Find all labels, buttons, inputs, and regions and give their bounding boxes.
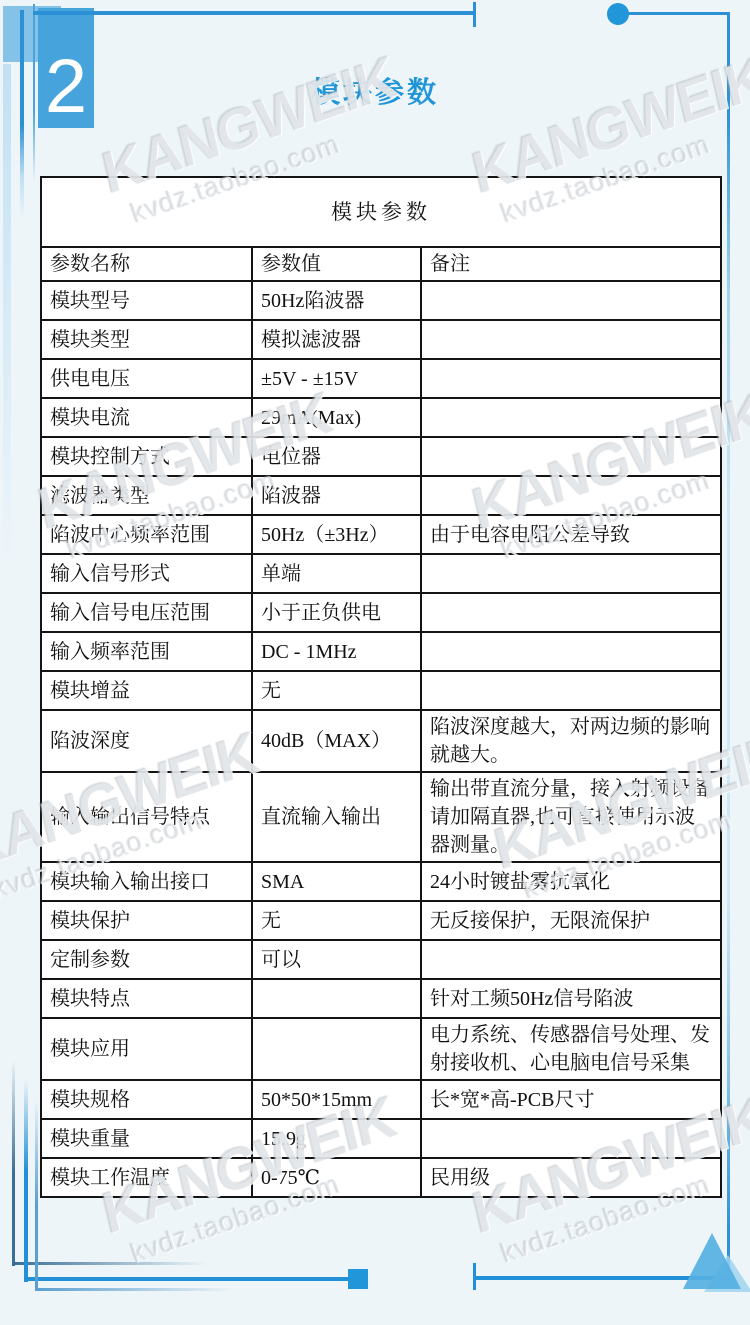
param-name: 供电电压: [41, 359, 252, 398]
param-value: 40dB（MAX）: [252, 710, 421, 772]
table-row: 输入信号形式 单端: [41, 554, 721, 593]
param-name: 模块控制方式: [41, 437, 252, 476]
param-name: 模块输入输出接口: [41, 862, 252, 901]
bottom-left-outer-line-decoration: [12, 1262, 207, 1265]
param-name: 模块保护: [41, 901, 252, 940]
param-name: 模块特点: [41, 979, 252, 1018]
param-name: 模块重量: [41, 1119, 252, 1158]
table-title: 模块参数: [41, 177, 721, 247]
table-row: 滤波器类型 陷波器: [41, 476, 721, 515]
table-row: 模块保护 无 无反接保护，无限流保护: [41, 901, 721, 940]
table-row: 模块重量 15.9g: [41, 1119, 721, 1158]
param-name: 模块类型: [41, 320, 252, 359]
param-note: [421, 398, 721, 437]
column-header-row: 参数名称 参数值 备注: [41, 247, 721, 281]
param-note: 针对工频50Hz信号陷波: [421, 979, 721, 1018]
param-value: 单端: [252, 554, 421, 593]
param-value: ±5V - ±15V: [252, 359, 421, 398]
param-name: 输入信号形式: [41, 554, 252, 593]
param-note: 由于电容电阻公差导致: [421, 515, 721, 554]
param-name: 陷波中心频率范围: [41, 515, 252, 554]
top-circle-decoration: [607, 3, 629, 25]
param-value: [252, 1018, 421, 1080]
param-name: 输入频率范围: [41, 632, 252, 671]
column-header-note: 备注: [421, 247, 721, 281]
param-value: 50*50*15mm: [252, 1080, 421, 1119]
param-name: 输入信号电压范围: [41, 593, 252, 632]
param-note: 长*宽*高-PCB尺寸: [421, 1080, 721, 1119]
param-value: SMA: [252, 862, 421, 901]
param-note: [421, 593, 721, 632]
parameters-table-container: 模块参数 参数名称 参数值 备注 模块型号 50Hz陷波器 模块类型 模拟滤波器…: [40, 176, 722, 1198]
parameters-table: 模块参数 参数名称 参数值 备注 模块型号 50Hz陷波器 模块类型 模拟滤波器…: [40, 176, 722, 1198]
param-value: 0-75℃: [252, 1158, 421, 1197]
table-row: 模块规格 50*50*15mm 长*宽*高-PCB尺寸: [41, 1080, 721, 1119]
param-value: 可以: [252, 940, 421, 979]
param-note: [421, 359, 721, 398]
param-name: 模块工作温度: [41, 1158, 252, 1197]
table-row: 模块电流 29mA(Max): [41, 398, 721, 437]
left-edge-gradient-decoration: [3, 64, 11, 564]
param-value: 电位器: [252, 437, 421, 476]
param-value: 50Hz陷波器: [252, 281, 421, 320]
bottom-left-inner-line-decoration: [35, 1288, 235, 1291]
right-border-line-decoration: [727, 12, 730, 1280]
table-row: 模块类型 模拟滤波器: [41, 320, 721, 359]
param-note: [421, 320, 721, 359]
param-name: 模块型号: [41, 281, 252, 320]
spec-sheet-page: 2 模块参数 KANGWEIK kvdz.taobao.com KANGWEIK…: [0, 0, 750, 1325]
param-name: 模块应用: [41, 1018, 252, 1080]
table-row: 输入频率范围 DC - 1MHz: [41, 632, 721, 671]
column-header-value: 参数值: [252, 247, 421, 281]
table-row: 输入信号电压范围 小于正负供电: [41, 593, 721, 632]
left-vertical-line-decoration: [20, 10, 24, 218]
table-title-row: 模块参数: [41, 177, 721, 247]
param-value: DC - 1MHz: [252, 632, 421, 671]
top-line-end-tick-decoration: [473, 2, 476, 27]
param-note: 输出带直流分量，接入射频设备请加隔直器,也可直接使用示波器测量。: [421, 772, 721, 862]
table-row: 输入输出信号特点 直流输入输出 输出带直流分量，接入射频设备请加隔直器,也可直接…: [41, 772, 721, 862]
bottom-left-main-line-decoration: [24, 1277, 350, 1281]
param-note: [421, 940, 721, 979]
table-row: 供电电压 ±5V - ±15V: [41, 359, 721, 398]
top-horizontal-line-decoration: [33, 11, 475, 15]
param-value: 29mA(Max): [252, 398, 421, 437]
param-value: 15.9g: [252, 1119, 421, 1158]
page-title: 模块参数: [0, 70, 750, 111]
param-name: 陷波深度: [41, 710, 252, 772]
bottom-right-triangle-decoration: [683, 1233, 741, 1289]
param-note: [421, 1119, 721, 1158]
param-value: 无: [252, 901, 421, 940]
param-note: [421, 281, 721, 320]
table-row: 定制参数 可以: [41, 940, 721, 979]
param-note: [421, 437, 721, 476]
table-row: 模块输入输出接口 SMA 24小时镀盐雾抗氧化: [41, 862, 721, 901]
bottom-square-decoration: [348, 1269, 368, 1289]
param-value: 小于正负供电: [252, 593, 421, 632]
param-note: 24小时镀盐雾抗氧化: [421, 862, 721, 901]
param-note: 无反接保护，无限流保护: [421, 901, 721, 940]
param-name: 模块规格: [41, 1080, 252, 1119]
column-header-name: 参数名称: [41, 247, 252, 281]
param-name: 模块电流: [41, 398, 252, 437]
param-note: 电力系统、传感器信号处理、发射接收机、心电脑电信号采集: [421, 1018, 721, 1080]
param-note: [421, 476, 721, 515]
param-value: 模拟滤波器: [252, 320, 421, 359]
table-row: 模块工作温度 0-75℃ 民用级: [41, 1158, 721, 1197]
table-row: 陷波中心频率范围 50Hz（±3Hz） 由于电容电阻公差导致: [41, 515, 721, 554]
table-row: 模块应用 电力系统、传感器信号处理、发射接收机、心电脑电信号采集: [41, 1018, 721, 1080]
table-row: 模块增益 无: [41, 671, 721, 710]
param-note: [421, 632, 721, 671]
param-note: 民用级: [421, 1158, 721, 1197]
bottom-left-outer-line-decoration: [12, 1060, 15, 1266]
param-note: [421, 554, 721, 593]
bottom-left-inner-line-decoration: [35, 1100, 38, 1290]
param-value: 直流输入输出: [252, 772, 421, 862]
param-name: 定制参数: [41, 940, 252, 979]
table-row: 模块控制方式 电位器: [41, 437, 721, 476]
table-row: 陷波深度 40dB（MAX） 陷波深度越大，对两边频的影响就越大。: [41, 710, 721, 772]
table-row: 模块型号 50Hz陷波器: [41, 281, 721, 320]
param-name: 滤波器类型: [41, 476, 252, 515]
bottom-left-main-line-decoration: [24, 1080, 28, 1282]
top-right-line-decoration: [628, 12, 730, 15]
param-value: 陷波器: [252, 476, 421, 515]
param-note: 陷波深度越大，对两边频的影响就越大。: [421, 710, 721, 772]
param-value: [252, 979, 421, 1018]
param-name: 输入输出信号特点: [41, 772, 252, 862]
param-value: 无: [252, 671, 421, 710]
param-note: [421, 671, 721, 710]
table-row: 模块特点 针对工频50Hz信号陷波: [41, 979, 721, 1018]
param-value: 50Hz（±3Hz）: [252, 515, 421, 554]
param-name: 模块增益: [41, 671, 252, 710]
